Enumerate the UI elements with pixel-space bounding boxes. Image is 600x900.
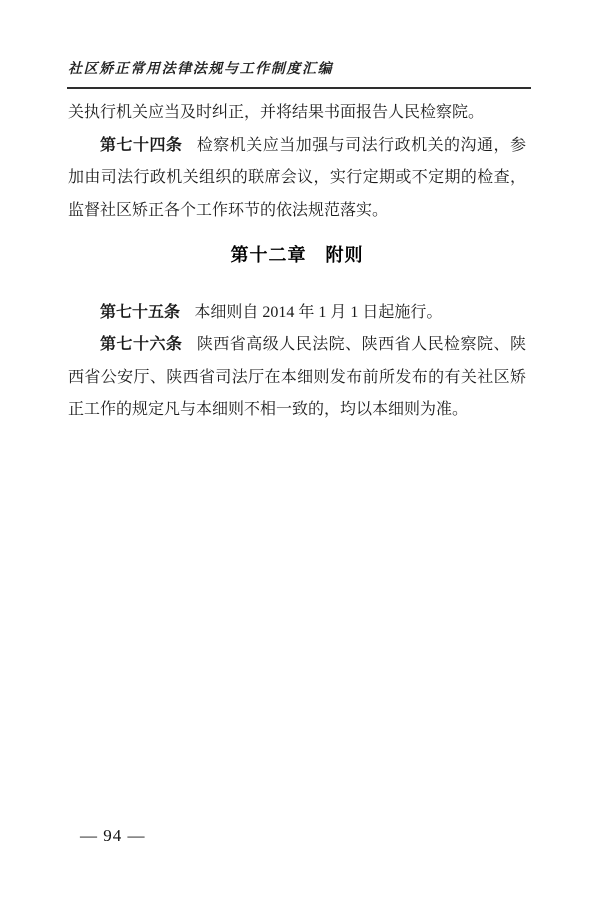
paragraph-continuation: 关执行机关应当及时纠正，并将结果书面报告人民检察院。 [68,97,526,130]
article-75-number: 第七十五条 [100,304,180,321]
running-header-title: 社区矫正常用法律法规与工作制度汇编 [68,62,333,77]
chapter-heading: 第十二章 附则 [68,239,526,272]
page-number: — 94 — [80,826,146,846]
paragraph-article-74: 第七十四条检察机关应当加强与司法行政机关的沟通，参加由司法行政机关组织的联席会议… [68,130,526,228]
running-header: 社区矫正常用法律法规与工作制度汇编 [68,58,333,78]
paragraph-article-76: 第七十六条陕西省高级人民法院、陕西省人民检察院、陕西省公安厅、陕西省司法厅在本细… [68,329,526,427]
article-74-number: 第七十四条 [100,137,182,154]
article-76-number: 第七十六条 [100,336,182,353]
page-content: 关执行机关应当及时纠正，并将结果书面报告人民检察院。 第七十四条检察机关应当加强… [68,97,526,427]
paragraph-article-75: 第七十五条本细则自 2014 年 1 月 1 日起施行。 [68,297,526,330]
header-divider [67,87,531,89]
article-75-text: 本细则自 2014 年 1 月 1 日起施行。 [194,304,442,321]
book-page: 社区矫正常用法律法规与工作制度汇编 关执行机关应当及时纠正，并将结果书面报告人民… [0,0,600,900]
